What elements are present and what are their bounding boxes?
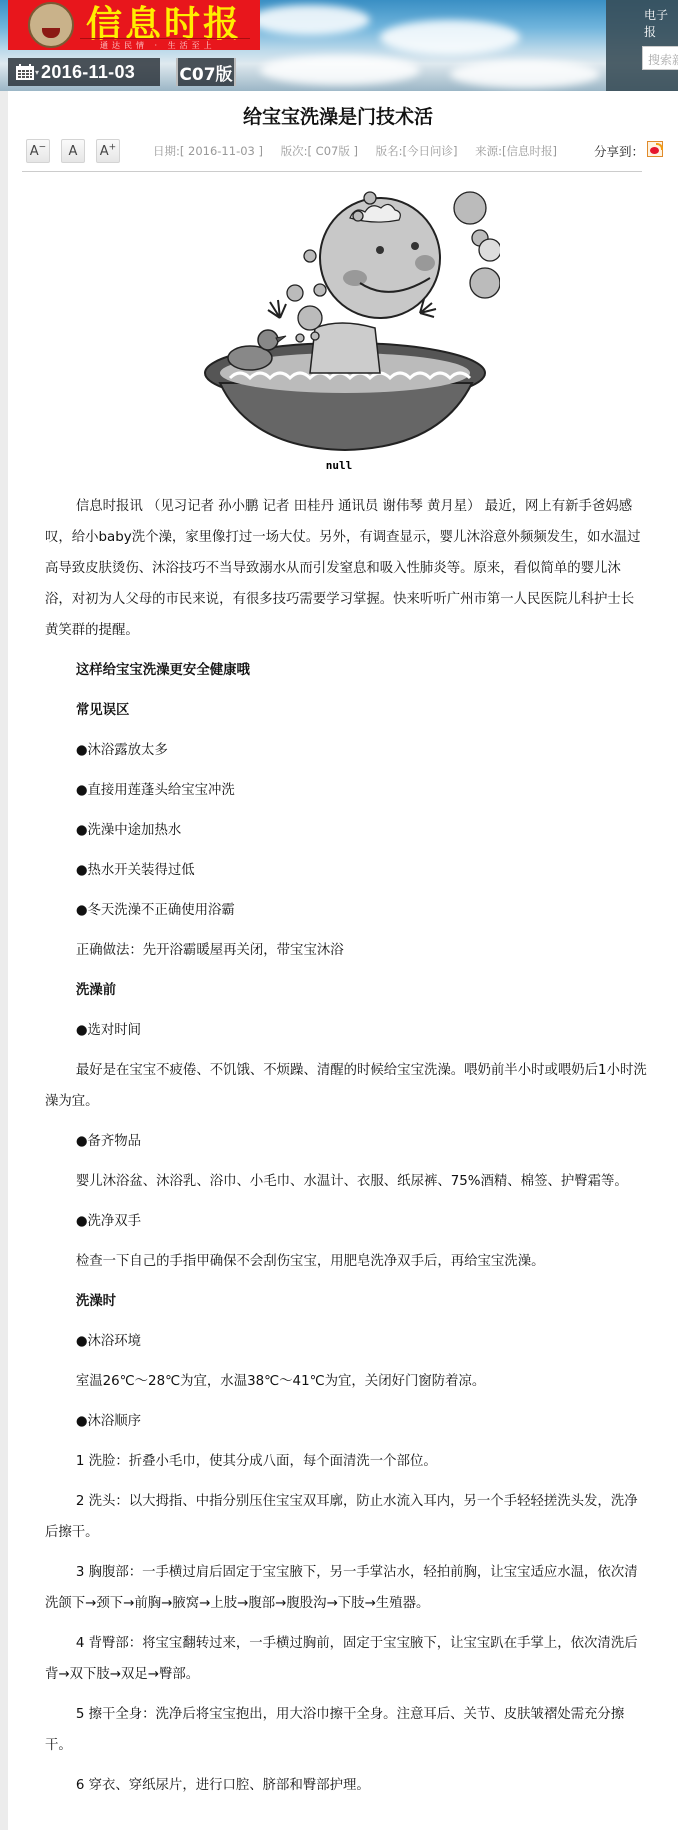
title-divider	[22, 171, 642, 172]
meta-edition: 版次:[ C07版 ]	[281, 144, 358, 158]
header-right-panel: 电子报 搜索新闻	[606, 0, 678, 91]
article-body: 信息时报讯 （见习记者 孙小鹏 记者 田桂丹 通讯员 谢伟琴 黄月星） 最近，网…	[45, 491, 647, 1810]
minus-icon: −	[39, 143, 47, 153]
meta-date: 日期:[ 2016-11-03 ]	[153, 144, 263, 158]
site-header: 信息时报 通达民情 · 生活至上 ▾ 2016-11-03 C07版 电子报 搜…	[0, 0, 678, 91]
cloud-decoration	[260, 55, 420, 85]
current-date: 2016-11-03	[41, 62, 135, 83]
section-heading: 洗澡前	[45, 975, 647, 1006]
paragraph: 信息时报讯 （见习记者 孙小鹏 记者 田桂丹 通讯员 谢伟琴 黄月星） 最近，网…	[45, 491, 647, 646]
paragraph: 检查一下自己的手指甲确保不会刮伤宝宝，用肥皂洗净双手后，再给宝宝洗澡。	[45, 1246, 647, 1277]
image-caption: null	[0, 459, 678, 472]
font-smaller-button[interactable]: A−	[26, 139, 50, 163]
article-title: 给宝宝洗澡是门技术活	[8, 102, 668, 129]
paragraph: 婴儿沐浴盆、沐浴乳、浴巾、小毛巾、水温计、衣服、纸尿裤、75%酒精、棉签、护臀霜…	[45, 1166, 647, 1197]
bullet-item: ●洗净双手	[45, 1206, 647, 1237]
weibo-share-icon[interactable]	[647, 141, 663, 157]
step-item: 3 胸腹部：一手横过肩后固定于宝宝腋下，另一手掌沾水，轻拍前胸，让宝宝适应水温，…	[45, 1557, 647, 1619]
logo-slogan: 通达民情 · 生活至上	[100, 40, 216, 51]
bullet-item: ●沐浴环境	[45, 1326, 647, 1357]
cloud-decoration	[450, 60, 600, 88]
meta-section: 版名:[今日问诊]	[376, 144, 458, 158]
share-label: 分享到：	[594, 142, 644, 160]
meta-source: 来源:[信息时报]	[475, 144, 557, 158]
article-illustration	[190, 178, 500, 458]
cloud-decoration	[380, 20, 520, 55]
bullet-item: ●备齐物品	[45, 1126, 647, 1157]
search-input[interactable]: 搜索新闻	[642, 46, 678, 70]
logo-underline	[80, 38, 250, 39]
bullet-item: ●直接用莲蓬头给宝宝冲洗	[45, 775, 647, 806]
paragraph: 最好是在宝宝不疲倦、不饥饿、不烦躁、清醒的时候给宝宝洗澡。喂奶前半小时或喂奶后1…	[45, 1055, 647, 1117]
step-item: 2 洗头：以大拇指、中指分别压住宝宝双耳廓，防止水流入耳内，另一个手轻轻搓洗头发…	[45, 1486, 647, 1548]
chevron-down-icon: ▾	[35, 68, 39, 77]
bullet-item: ●冬天洗澡不正确使用浴霸	[45, 895, 647, 926]
bullet-item: ●沐浴露放太多	[45, 735, 647, 766]
date-picker[interactable]: ▾ 2016-11-03	[8, 58, 160, 86]
cloud-decoration	[250, 5, 370, 35]
paragraph: 室温26℃～28℃为宜，水温38℃～41℃为宜，关闭好门窗防着凉。	[45, 1366, 647, 1397]
font-smaller-label: A	[30, 144, 39, 159]
font-larger-label: A	[100, 144, 109, 159]
page-selector[interactable]: C07版	[176, 58, 236, 86]
bullet-item: ●洗澡中途加热水	[45, 815, 647, 846]
section-heading: 洗澡时	[45, 1286, 647, 1317]
font-normal-button[interactable]: A	[61, 139, 85, 163]
newspaper-logo[interactable]: 信息时报 通达民情 · 生活至上	[8, 0, 260, 50]
bullet-item: ●选对时间	[45, 1015, 647, 1046]
section-heading: 这样给宝宝洗澡更安全健康哦	[45, 655, 647, 686]
step-item: 1 洗脸：折叠小毛巾，使其分成八面，每个面清洗一个部位。	[45, 1446, 647, 1477]
font-larger-button[interactable]: A+	[96, 139, 120, 163]
bullet-item: ●沐浴顺序	[45, 1406, 647, 1437]
article-meta: 日期:[ 2016-11-03 ] 版次:[ C07版 ] 版名:[今日问诊] …	[153, 143, 571, 159]
epaper-link[interactable]: 电子报	[644, 6, 678, 40]
calendar-icon	[16, 64, 34, 80]
font-normal-label: A	[69, 144, 78, 159]
left-margin-strip	[0, 91, 8, 1830]
plus-icon: +	[109, 143, 117, 153]
step-item: 4 背臀部：将宝宝翻转过来，一手横过胸前，固定于宝宝腋下，让宝宝趴在手掌上，依次…	[45, 1628, 647, 1690]
section-heading: 常见误区	[45, 695, 647, 726]
step-item: 6 穿衣、穿纸尿片，进行口腔、脐部和臀部护理。	[45, 1770, 647, 1801]
lion-mascot-icon	[28, 2, 74, 48]
bullet-item: ●热水开关装得过低	[45, 855, 647, 886]
step-item: 5 擦干全身：洗净后将宝宝抱出，用大浴巾擦干全身。注意耳后、关节、皮肤皱褶处需充…	[45, 1699, 647, 1761]
paragraph: 正确做法：先开浴霸暖屋再关闭，带宝宝沐浴	[45, 935, 647, 966]
